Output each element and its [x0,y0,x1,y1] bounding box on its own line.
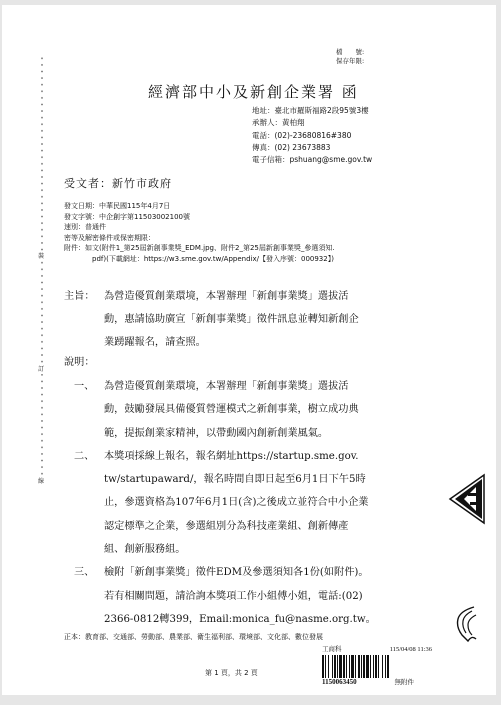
contact-person: 承辦人：黃柏翔 [252,117,372,129]
subject-line: 為營造優質創業環境，本署辦理「新創事業獎」選拔活 [104,291,349,302]
retention-label: 保存年限: [336,57,364,66]
barcode-number: 1150063450 [322,678,357,687]
item-line: tw/startupaward/，報名時間自即日起至6月1日下午5時 [74,468,376,491]
page-indicator: 第 1 頁，共 2 頁 [205,668,258,678]
item-line: 動，鼓勵發展具備優質營運模式之新創事業，樹立成功典 [74,398,376,421]
cc-recipients: 正本：教育部、交通部、勞動部、農業部、衛生福利部、環境部、文化部、數位發展 [64,632,323,642]
binding-mark-ding: 訂 [38,366,44,374]
doc-number: 發文字號：中企創字第11503002100號 [64,212,335,223]
subject-label: 主旨： [64,285,104,308]
phone: 電話：(02)-23680816#380 [252,130,372,142]
item-line: 檢附「新創事業獎」徵件EDM及參選須知各1份(如附件)。 [104,567,369,578]
binding-mark-zhuang: 裝 [38,253,44,261]
issue-date: 發文日期：中華民國115年4月7日 [64,201,335,212]
barcode-label: 工商科 115/04/08 11:36 1150063450 無附件 [322,646,432,687]
archive-no-label: 檔 號: [336,48,364,57]
security-level: 密等及解密條件或保密期限： [64,233,335,244]
item-line: 止，參選資格為107年6月1日(含)之後成立並符合中小企業 [74,491,376,514]
sender-contact: 地址：臺北市羅斯福路2段95號3樓 承辦人：黃柏翔 電話：(02)-236808… [252,105,372,166]
attachment-line-1: 附件：如文(附件1_第25屆新創事業獎_EDM.jpg、附件2_第25屆新創事業… [64,243,335,254]
binding-line [40,55,44,485]
subject: 主旨：為營造優質創業環境，本署辦理「新創事業獎」選拔活 動，惠請協助廣宣「新創事… [64,285,359,354]
explanation-items: 一、為營造優質創業環境，本署辦理「新創事業獎」選拔活 動，鼓勵發展具備優質營運模… [74,375,376,631]
speed: 速別：普通件 [64,222,335,233]
item-line: 認定標準之企業，參選組別分為科技產業組、創新傳產 [74,515,376,538]
signature-seal-icon [454,605,478,643]
explanation-item-3: 三、檢附「新創事業獎」徵件EDM及參選須知各1份(如附件)。 若有相關問題，請洽… [74,561,376,631]
filing-info: 檔 號: 保存年限: [336,48,364,66]
barcode-dept: 工商科 [322,646,342,654]
item-line: 本獎項採線上報名，報名網址https://startup.sme.gov. [104,451,359,462]
item-line: 組、創新服務組。 [74,538,376,561]
subject-line: 業踴躍報名，請查照。 [64,331,359,354]
barcode-note: 無附件 [395,678,433,687]
item-line: 若有相關問題，請洽詢本獎項工作小組傅小姐，電話:(02) [74,585,376,608]
item-number: 一、 [74,375,104,398]
address: 地址：臺北市羅斯福路2段95號3樓 [252,105,372,117]
item-number: 三、 [74,561,104,584]
document-meta: 發文日期：中華民國115年4月7日 發文字號：中企創字第11503002100號… [64,201,335,265]
attachment-line-2[interactable]: pdf)(下載網址：https://w3.sme.gov.tw/Appendix… [64,254,335,265]
document-title: 經濟部中小及新創企業署 函 [148,81,359,102]
barcode-timestamp: 115/04/08 11:36 [390,646,432,654]
item-line: 2366-0812轉399，Email:monica_fu@nasme.org.… [74,608,376,631]
seal-stamp-icon [446,473,486,525]
item-line: 為營造優質創業環境，本署辦理「新創事業獎」選拔活 [104,381,349,392]
item-number: 二、 [74,445,104,468]
explanation-label: 說明： [64,353,95,368]
explanation-item-2: 二、本獎項採線上報名，報名網址https://startup.sme.gov. … [74,445,376,561]
fax: 傳真：(02) 23673883 [252,142,372,154]
subject-line: 動，惠請協助廣宣「新創事業獎」徵件訊息並轉知新創企 [64,308,359,331]
email: 電子信箱：pshuang@sme.gov.tw [252,154,372,166]
recipient: 受文者：新竹市政府 [64,175,172,191]
document-page: 裝 訂 線 檔 號: 保存年限: 經濟部中小及新創企業署 函 地址：臺北市羅斯福… [2,5,496,695]
binding-mark-xian: 線 [38,478,44,486]
item-line: 範，提振創業家精神，以帶動國內創新創業風氣。 [74,422,376,445]
explanation-item-1: 一、為營造優質創業環境，本署辦理「新創事業獎」選拔活 動，鼓勵發展具備優質營運模… [74,375,376,445]
barcode-icon [322,655,432,678]
